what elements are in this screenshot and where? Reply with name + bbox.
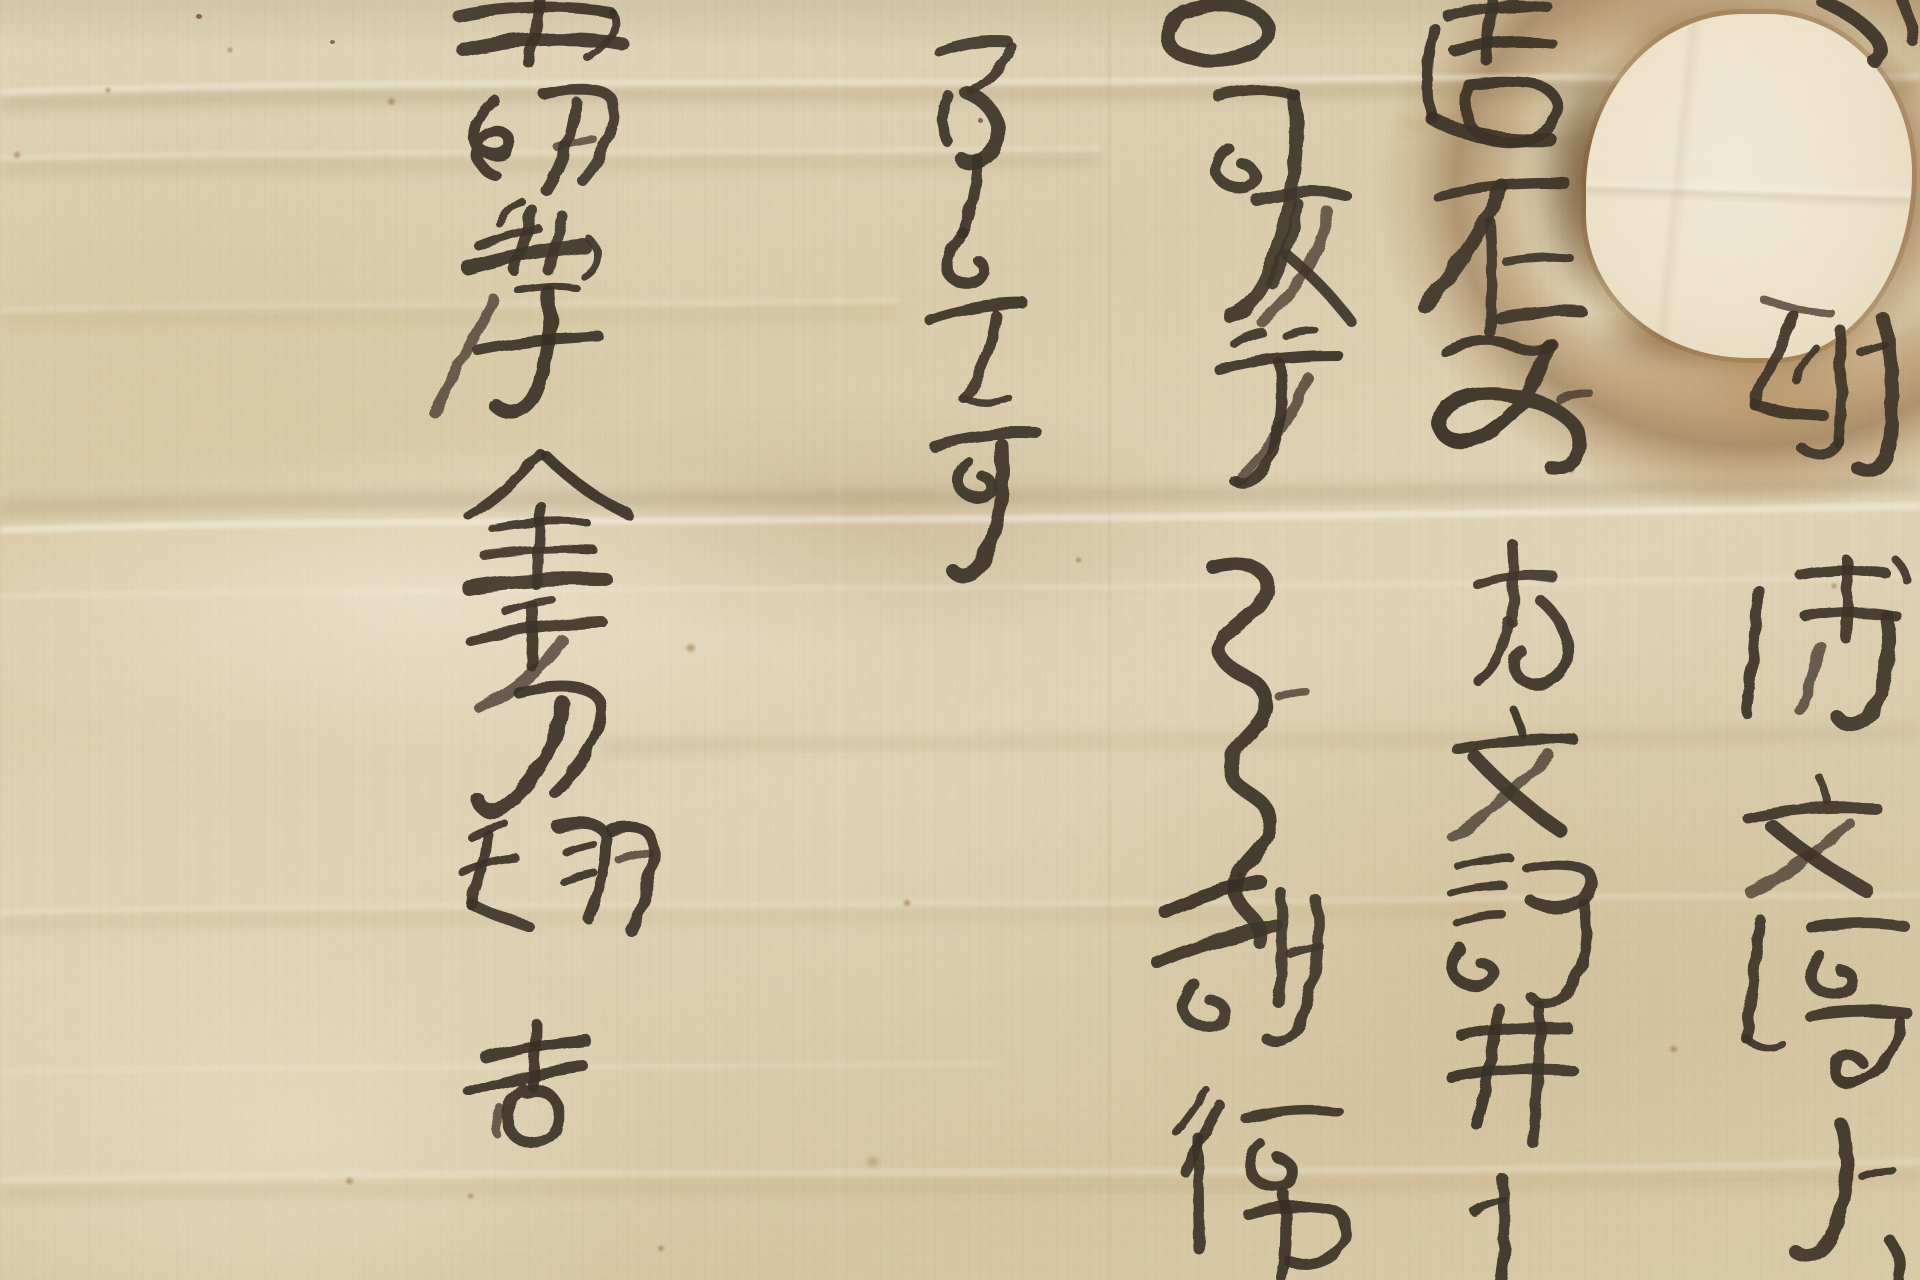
repair-patch	[1586, 14, 1912, 358]
manuscript-photo: Photograph of an aged handwritten manusc…	[0, 0, 1920, 1280]
